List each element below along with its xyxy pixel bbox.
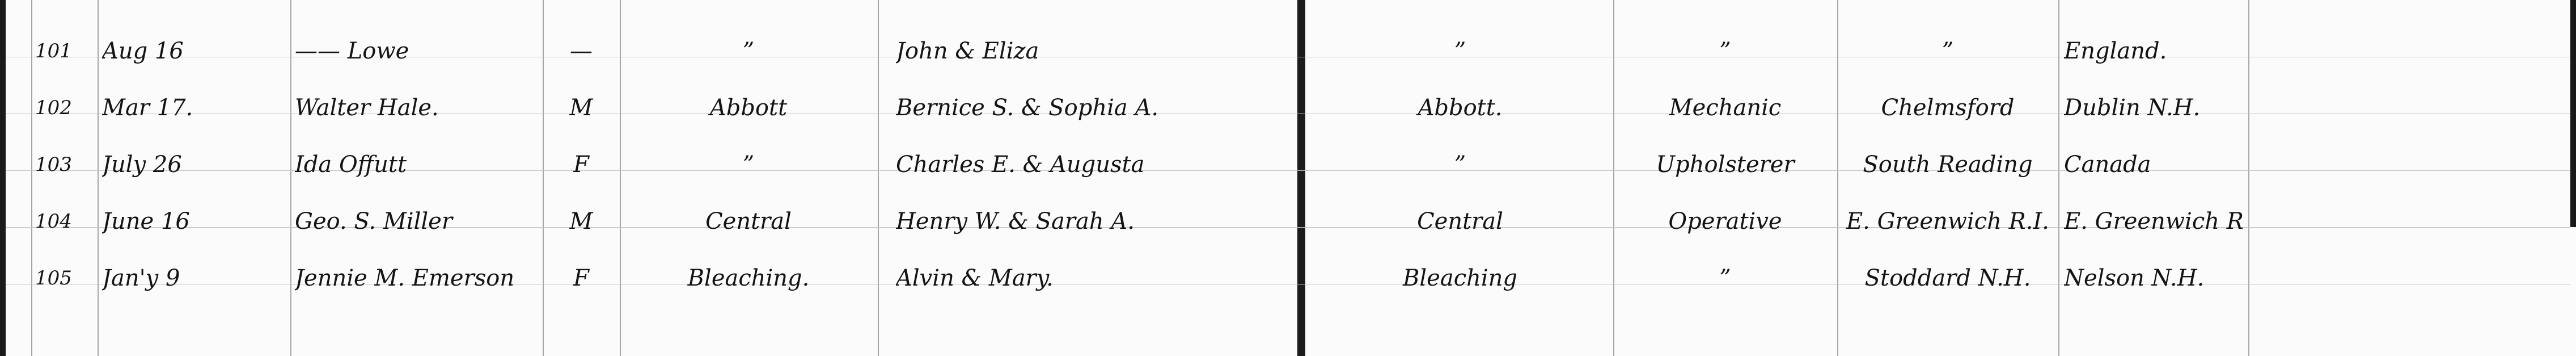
birth-date: June 16: [102, 193, 286, 250]
mother-birthplace: Nelson N.H.: [2064, 250, 2245, 307]
occupation: ”: [1616, 23, 1834, 79]
entry-number: 102: [35, 79, 95, 136]
parents: John & Eliza: [896, 23, 1293, 79]
register-row: 103 July 26 Ida Offutt F ” Charles E. & …: [0, 136, 2576, 193]
place-2: Abbott.: [1310, 79, 1610, 136]
register-row: 101 Aug 16 —— Lowe — ” John & Eliza ” ” …: [0, 23, 2576, 79]
place-2: ”: [1310, 136, 1610, 193]
occupation: Mechanic: [1616, 79, 1834, 136]
occupation: Operative: [1616, 193, 1834, 250]
child-name: Jennie M. Emerson: [295, 250, 539, 307]
sex: F: [544, 250, 618, 307]
parents: Alvin & Mary.: [896, 250, 1293, 307]
entry-number: 105: [35, 250, 95, 307]
child-name: Walter Hale.: [295, 79, 539, 136]
birth-date: Aug 16: [102, 23, 286, 79]
place: Central: [624, 193, 873, 250]
place: ”: [624, 136, 873, 193]
entry-number: 104: [35, 193, 95, 250]
birth-date: Mar 17.: [102, 79, 286, 136]
place-2: Central: [1310, 193, 1610, 250]
parents: Henry W. & Sarah A.: [896, 193, 1293, 250]
mother-birthplace: England.: [2064, 23, 2245, 79]
child-name: Ida Offutt: [295, 136, 539, 193]
birth-date: July 26: [102, 136, 286, 193]
parents: Charles E. & Augusta: [896, 136, 1293, 193]
entry-number: 101: [35, 23, 95, 79]
parents: Bernice S. & Sophia A.: [896, 79, 1293, 136]
place-2: ”: [1310, 23, 1610, 79]
occupation: Upholsterer: [1616, 136, 1834, 193]
place-2: Bleaching: [1310, 250, 1610, 307]
birth-date: Jan'y 9: [102, 250, 286, 307]
register-row: 105 Jan'y 9 Jennie M. Emerson F Bleachin…: [0, 250, 2576, 307]
sex: —: [544, 23, 618, 79]
place: Abbott: [624, 79, 873, 136]
ledger-page: 101 Aug 16 —— Lowe — ” John & Eliza ” ” …: [0, 0, 2576, 356]
sex: M: [544, 193, 618, 250]
register-row: 104 June 16 Geo. S. Miller M Central Hen…: [0, 193, 2576, 250]
child-name: —— Lowe: [295, 23, 539, 79]
sex: F: [544, 136, 618, 193]
father-birthplace: E. Greenwich R.I.: [1840, 193, 2055, 250]
register-row: 102 Mar 17. Walter Hale. M Abbott Bernic…: [0, 79, 2576, 136]
place: Bleaching.: [624, 250, 873, 307]
mother-birthplace: Dublin N.H.: [2064, 79, 2245, 136]
father-birthplace: South Reading: [1840, 136, 2055, 193]
entry-number: 103: [35, 136, 95, 193]
father-birthplace: Stoddard N.H.: [1840, 250, 2055, 307]
mother-birthplace: E. Greenwich R.I.: [2064, 193, 2245, 250]
father-birthplace: Chelmsford: [1840, 79, 2055, 136]
place: ”: [624, 23, 873, 79]
child-name: Geo. S. Miller: [295, 193, 539, 250]
mother-birthplace: Canada: [2064, 136, 2245, 193]
occupation: ”: [1616, 250, 1834, 307]
sex: M: [544, 79, 618, 136]
father-birthplace: ”: [1840, 23, 2055, 79]
